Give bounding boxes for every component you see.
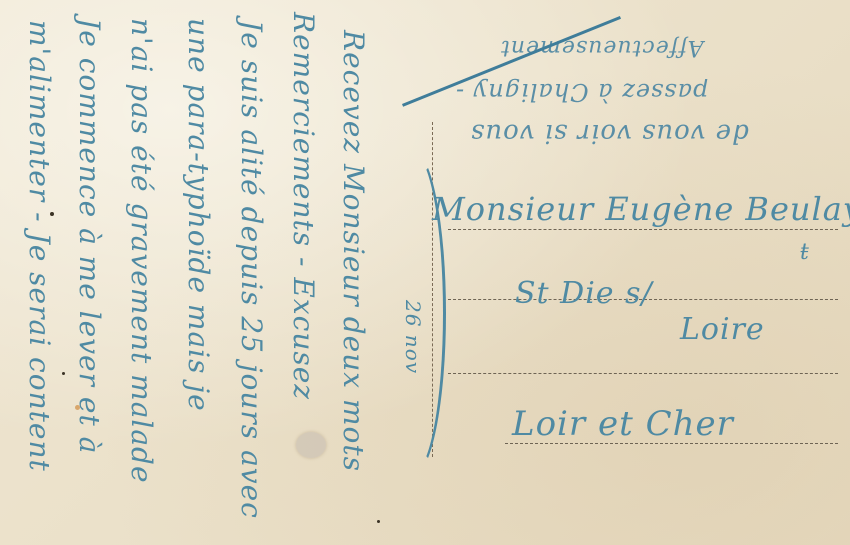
message-line-3: Je suis alité depuis 25 jours avec <box>235 20 268 519</box>
paper-speck <box>62 372 65 375</box>
address-town: St Die s/ <box>515 276 653 311</box>
message-line-7: m'alimenter - Je serai content <box>23 20 56 472</box>
address-rule-1 <box>448 229 838 230</box>
paper-stain <box>296 432 326 458</box>
message-line-5: n'ai pas été gravement malade <box>125 18 158 484</box>
address-name: Monsieur Eugène Beulay <box>432 190 850 228</box>
message-line-6: Je commence à me lever et à <box>73 18 106 454</box>
address-town-river: Loire <box>680 312 765 347</box>
address-flourish: ŧ <box>800 240 810 265</box>
upside-down-note-line-2: passez à Chaligny - <box>455 78 708 106</box>
paper-speck <box>75 405 80 410</box>
message-line-4: une para-typhoïde mais je <box>182 18 215 412</box>
upside-down-note-line-1: de vous voir si vous <box>470 118 749 148</box>
address-department: Loir et Cher <box>512 404 734 444</box>
signature-flourish <box>380 150 446 476</box>
message-line-2: Remerciements - Excusez <box>287 12 320 400</box>
paper-speck <box>50 212 54 216</box>
upside-down-note-line-3: Affectueusement <box>500 35 704 60</box>
address-rule-3 <box>448 373 838 374</box>
message-line-1: Recevez Monsieur deux mots <box>337 30 370 472</box>
postcard: Affectueusement passez à Chaligny - de v… <box>0 0 850 545</box>
paper-speck <box>377 520 380 523</box>
